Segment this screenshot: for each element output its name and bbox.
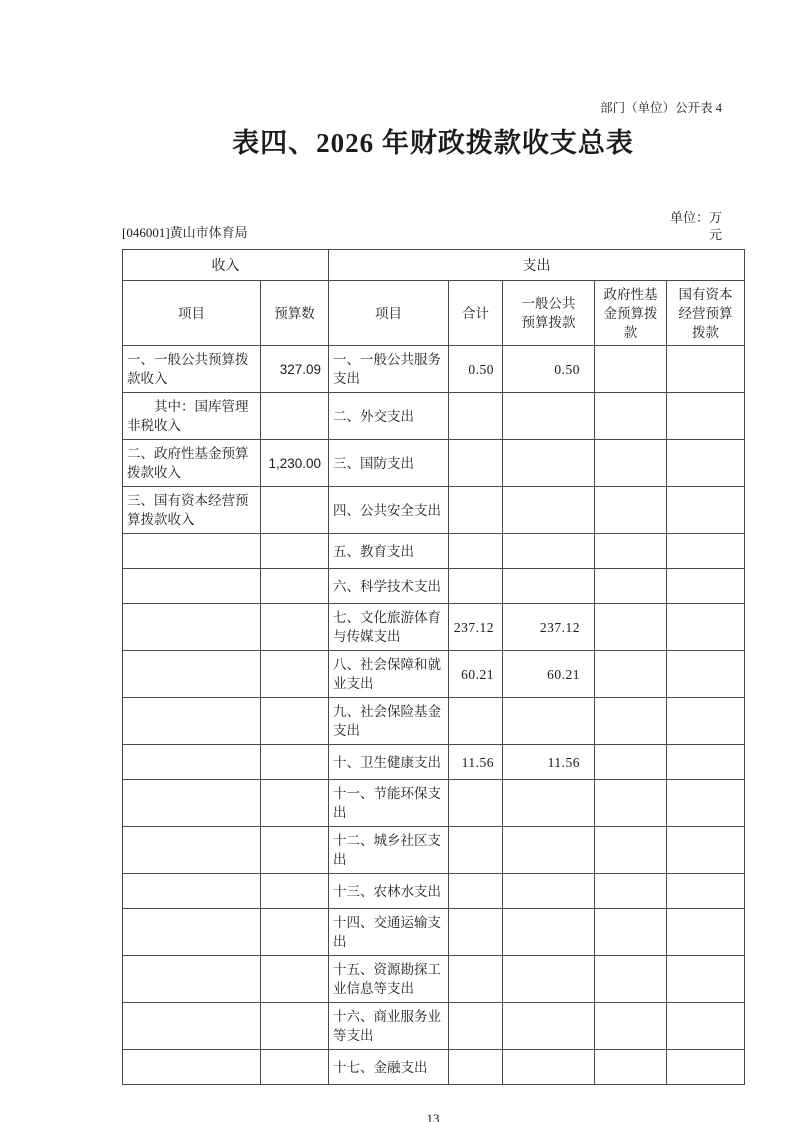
gov-fund-cell <box>595 956 667 1003</box>
col-gov-fund-budget: 政府性基 金预算拨 款 <box>595 281 667 346</box>
state-capital-cell <box>667 604 745 651</box>
income-item-cell <box>123 874 261 909</box>
expense-item-cell: 十、卫生健康支出 <box>329 745 449 780</box>
general-public-cell: 11.56 <box>503 745 595 780</box>
income-budget-cell <box>261 1003 329 1050</box>
gov-fund-cell <box>595 874 667 909</box>
expense-item-cell: 十二、城乡社区支出 <box>329 827 449 874</box>
org-code-name: [046001]黄山市体育局 <box>122 222 248 243</box>
income-item-cell <box>123 827 261 874</box>
col-income-item: 项目 <box>123 281 261 346</box>
table-row: 十二、城乡社区支出 <box>123 827 745 874</box>
income-item-cell <box>123 1050 261 1085</box>
expense-total-cell <box>449 1003 503 1050</box>
state-capital-cell <box>667 909 745 956</box>
state-capital-cell <box>667 1050 745 1085</box>
state-capital-cell <box>667 1003 745 1050</box>
expense-item-cell: 四、公共安全支出 <box>329 487 449 534</box>
income-item-cell <box>123 534 261 569</box>
state-capital-cell <box>667 346 745 393</box>
income-budget-cell <box>261 569 329 604</box>
expense-item-cell: 十五、资源勘探工业信息等支出 <box>329 956 449 1003</box>
expense-item-cell: 十四、交通运输支出 <box>329 909 449 956</box>
income-budget-cell <box>261 874 329 909</box>
table-row: 十四、交通运输支出 <box>123 909 745 956</box>
col-state-capital-budget: 国有资本 经营预算 拨款 <box>667 281 745 346</box>
state-capital-cell <box>667 780 745 827</box>
table-row: 九、社会保险基金支出 <box>123 698 745 745</box>
expense-total-cell <box>449 1050 503 1085</box>
gov-fund-cell <box>595 1050 667 1085</box>
state-capital-cell <box>667 534 745 569</box>
expense-total-cell: 0.50 <box>449 346 503 393</box>
gov-fund-cell <box>595 745 667 780</box>
header-group-row: 收入 支出 <box>123 250 745 281</box>
table-header: 收入 支出 项目 预算数 项目 合计 一般公共 预算拨款 政府性基 金预算拨 款… <box>123 250 745 346</box>
income-budget-cell <box>261 393 329 440</box>
general-public-cell: 237.12 <box>503 604 595 651</box>
expense-item-cell: 十一、节能环保支出 <box>329 780 449 827</box>
state-capital-cell <box>667 956 745 1003</box>
budget-table: 收入 支出 项目 预算数 项目 合计 一般公共 预算拨款 政府性基 金预算拨 款… <box>122 249 745 1085</box>
state-capital-cell <box>667 874 745 909</box>
income-item-cell: 其中：国库管理非税收入 <box>123 393 261 440</box>
income-budget-cell: 1,230.00 <box>261 440 329 487</box>
expense-section-header: 支出 <box>329 250 745 281</box>
gov-fund-cell <box>595 780 667 827</box>
state-capital-cell <box>667 651 745 698</box>
income-item-cell <box>123 956 261 1003</box>
col-income-budget: 预算数 <box>261 281 329 346</box>
income-item-cell <box>123 569 261 604</box>
expense-item-cell: 八、社会保障和就业支出 <box>329 651 449 698</box>
document-content: 部门（单位）公开表 4 表四、2026 年财政拨款收支总表 [046001]黄山… <box>122 0 744 1085</box>
income-item-cell <box>123 698 261 745</box>
income-budget-cell <box>261 956 329 1003</box>
doc-label: 部门（单位）公开表 4 <box>122 0 744 116</box>
table-row: 六、科学技术支出 <box>123 569 745 604</box>
state-capital-cell <box>667 569 745 604</box>
gov-fund-cell <box>595 569 667 604</box>
gov-fund-cell <box>595 1003 667 1050</box>
table-row: 三、国有资本经营预算拨款收入四、公共安全支出 <box>123 487 745 534</box>
expense-item-cell: 十七、金融支出 <box>329 1050 449 1085</box>
general-public-cell <box>503 393 595 440</box>
income-item-cell <box>123 909 261 956</box>
page-number: 13 <box>122 1111 744 1122</box>
expense-total-cell <box>449 780 503 827</box>
expense-total-cell <box>449 874 503 909</box>
general-public-cell: 60.21 <box>503 651 595 698</box>
page-title: 表四、2026 年财政拨款收支总表 <box>122 127 744 159</box>
expense-total-cell <box>449 487 503 534</box>
general-public-cell <box>503 534 595 569</box>
income-budget-cell <box>261 534 329 569</box>
expense-total-cell: 11.56 <box>449 745 503 780</box>
general-public-cell <box>503 827 595 874</box>
state-capital-cell <box>667 440 745 487</box>
col-expense-item: 项目 <box>329 281 449 346</box>
expense-total-cell <box>449 956 503 1003</box>
income-item-cell: 二、政府性基金预算拨款收入 <box>123 440 261 487</box>
expense-total-cell <box>449 827 503 874</box>
meta-row: [046001]黄山市体育局 单位：万 元 <box>122 209 744 243</box>
income-budget-cell <box>261 827 329 874</box>
table-row: 十一、节能环保支出 <box>123 780 745 827</box>
state-capital-cell <box>667 698 745 745</box>
col-expense-total: 合计 <box>449 281 503 346</box>
income-item-cell: 三、国有资本经营预算拨款收入 <box>123 487 261 534</box>
expense-total-cell <box>449 909 503 956</box>
general-public-cell <box>503 1003 595 1050</box>
gov-fund-cell <box>595 651 667 698</box>
gov-fund-cell <box>595 346 667 393</box>
gov-fund-cell <box>595 487 667 534</box>
gov-fund-cell <box>595 604 667 651</box>
expense-item-cell: 六、科学技术支出 <box>329 569 449 604</box>
gov-fund-cell <box>595 440 667 487</box>
general-public-cell: 0.50 <box>503 346 595 393</box>
income-item-cell <box>123 604 261 651</box>
expense-item-cell: 七、文化旅游体育与传媒支出 <box>329 604 449 651</box>
table-row: 五、教育支出 <box>123 534 745 569</box>
state-capital-cell <box>667 827 745 874</box>
income-budget-cell <box>261 780 329 827</box>
table-row: 八、社会保障和就业支出60.2160.21 <box>123 651 745 698</box>
expense-item-cell: 三、国防支出 <box>329 440 449 487</box>
general-public-cell <box>503 874 595 909</box>
table-row: 一、一般公共预算拨款收入327.09一、一般公共服务支出0.500.50 <box>123 346 745 393</box>
table-row: 其中：国库管理非税收入二、外交支出 <box>123 393 745 440</box>
general-public-cell <box>503 487 595 534</box>
gov-fund-cell <box>595 534 667 569</box>
expense-item-cell: 一、一般公共服务支出 <box>329 346 449 393</box>
table-body: 一、一般公共预算拨款收入327.09一、一般公共服务支出0.500.50其中：国… <box>123 346 745 1085</box>
income-item-cell <box>123 745 261 780</box>
general-public-cell <box>503 1050 595 1085</box>
gov-fund-cell <box>595 698 667 745</box>
gov-fund-cell <box>595 827 667 874</box>
general-public-cell <box>503 780 595 827</box>
gov-fund-cell <box>595 393 667 440</box>
expense-item-cell: 九、社会保险基金支出 <box>329 698 449 745</box>
table-row: 七、文化旅游体育与传媒支出237.12237.12 <box>123 604 745 651</box>
expense-total-cell <box>449 393 503 440</box>
state-capital-cell <box>667 745 745 780</box>
income-item-cell: 一、一般公共预算拨款收入 <box>123 346 261 393</box>
income-section-header: 收入 <box>123 250 329 281</box>
header-columns-row: 项目 预算数 项目 合计 一般公共 预算拨款 政府性基 金预算拨 款 国有资本 … <box>123 281 745 346</box>
income-item-cell <box>123 651 261 698</box>
table-row: 十、卫生健康支出11.5611.56 <box>123 745 745 780</box>
table-row: 二、政府性基金预算拨款收入1,230.00三、国防支出 <box>123 440 745 487</box>
state-capital-cell <box>667 393 745 440</box>
unit-label: 单位：万 元 <box>670 209 744 243</box>
document-page: 部门（单位）公开表 4 表四、2026 年财政拨款收支总表 [046001]黄山… <box>0 0 793 1122</box>
income-item-cell <box>123 1003 261 1050</box>
state-capital-cell <box>667 487 745 534</box>
general-public-cell <box>503 956 595 1003</box>
income-budget-cell <box>261 745 329 780</box>
general-public-cell <box>503 698 595 745</box>
expense-total-cell <box>449 440 503 487</box>
general-public-cell <box>503 569 595 604</box>
income-budget-cell <box>261 487 329 534</box>
expense-item-cell: 十三、农林水支出 <box>329 874 449 909</box>
expense-total-cell <box>449 698 503 745</box>
expense-item-cell: 五、教育支出 <box>329 534 449 569</box>
income-budget-cell <box>261 604 329 651</box>
expense-item-cell: 二、外交支出 <box>329 393 449 440</box>
income-budget-cell <box>261 1050 329 1085</box>
expense-total-cell: 60.21 <box>449 651 503 698</box>
gov-fund-cell <box>595 909 667 956</box>
expense-total-cell <box>449 534 503 569</box>
col-general-public-budget: 一般公共 预算拨款 <box>503 281 595 346</box>
general-public-cell <box>503 909 595 956</box>
table-row: 十三、农林水支出 <box>123 874 745 909</box>
table-row: 十七、金融支出 <box>123 1050 745 1085</box>
table-row: 十六、商业服务业等支出 <box>123 1003 745 1050</box>
expense-item-cell: 十六、商业服务业等支出 <box>329 1003 449 1050</box>
income-budget-cell: 327.09 <box>261 346 329 393</box>
income-budget-cell <box>261 698 329 745</box>
expense-total-cell: 237.12 <box>449 604 503 651</box>
income-item-cell <box>123 780 261 827</box>
general-public-cell <box>503 440 595 487</box>
income-budget-cell <box>261 909 329 956</box>
expense-total-cell <box>449 569 503 604</box>
table-row: 十五、资源勘探工业信息等支出 <box>123 956 745 1003</box>
income-budget-cell <box>261 651 329 698</box>
